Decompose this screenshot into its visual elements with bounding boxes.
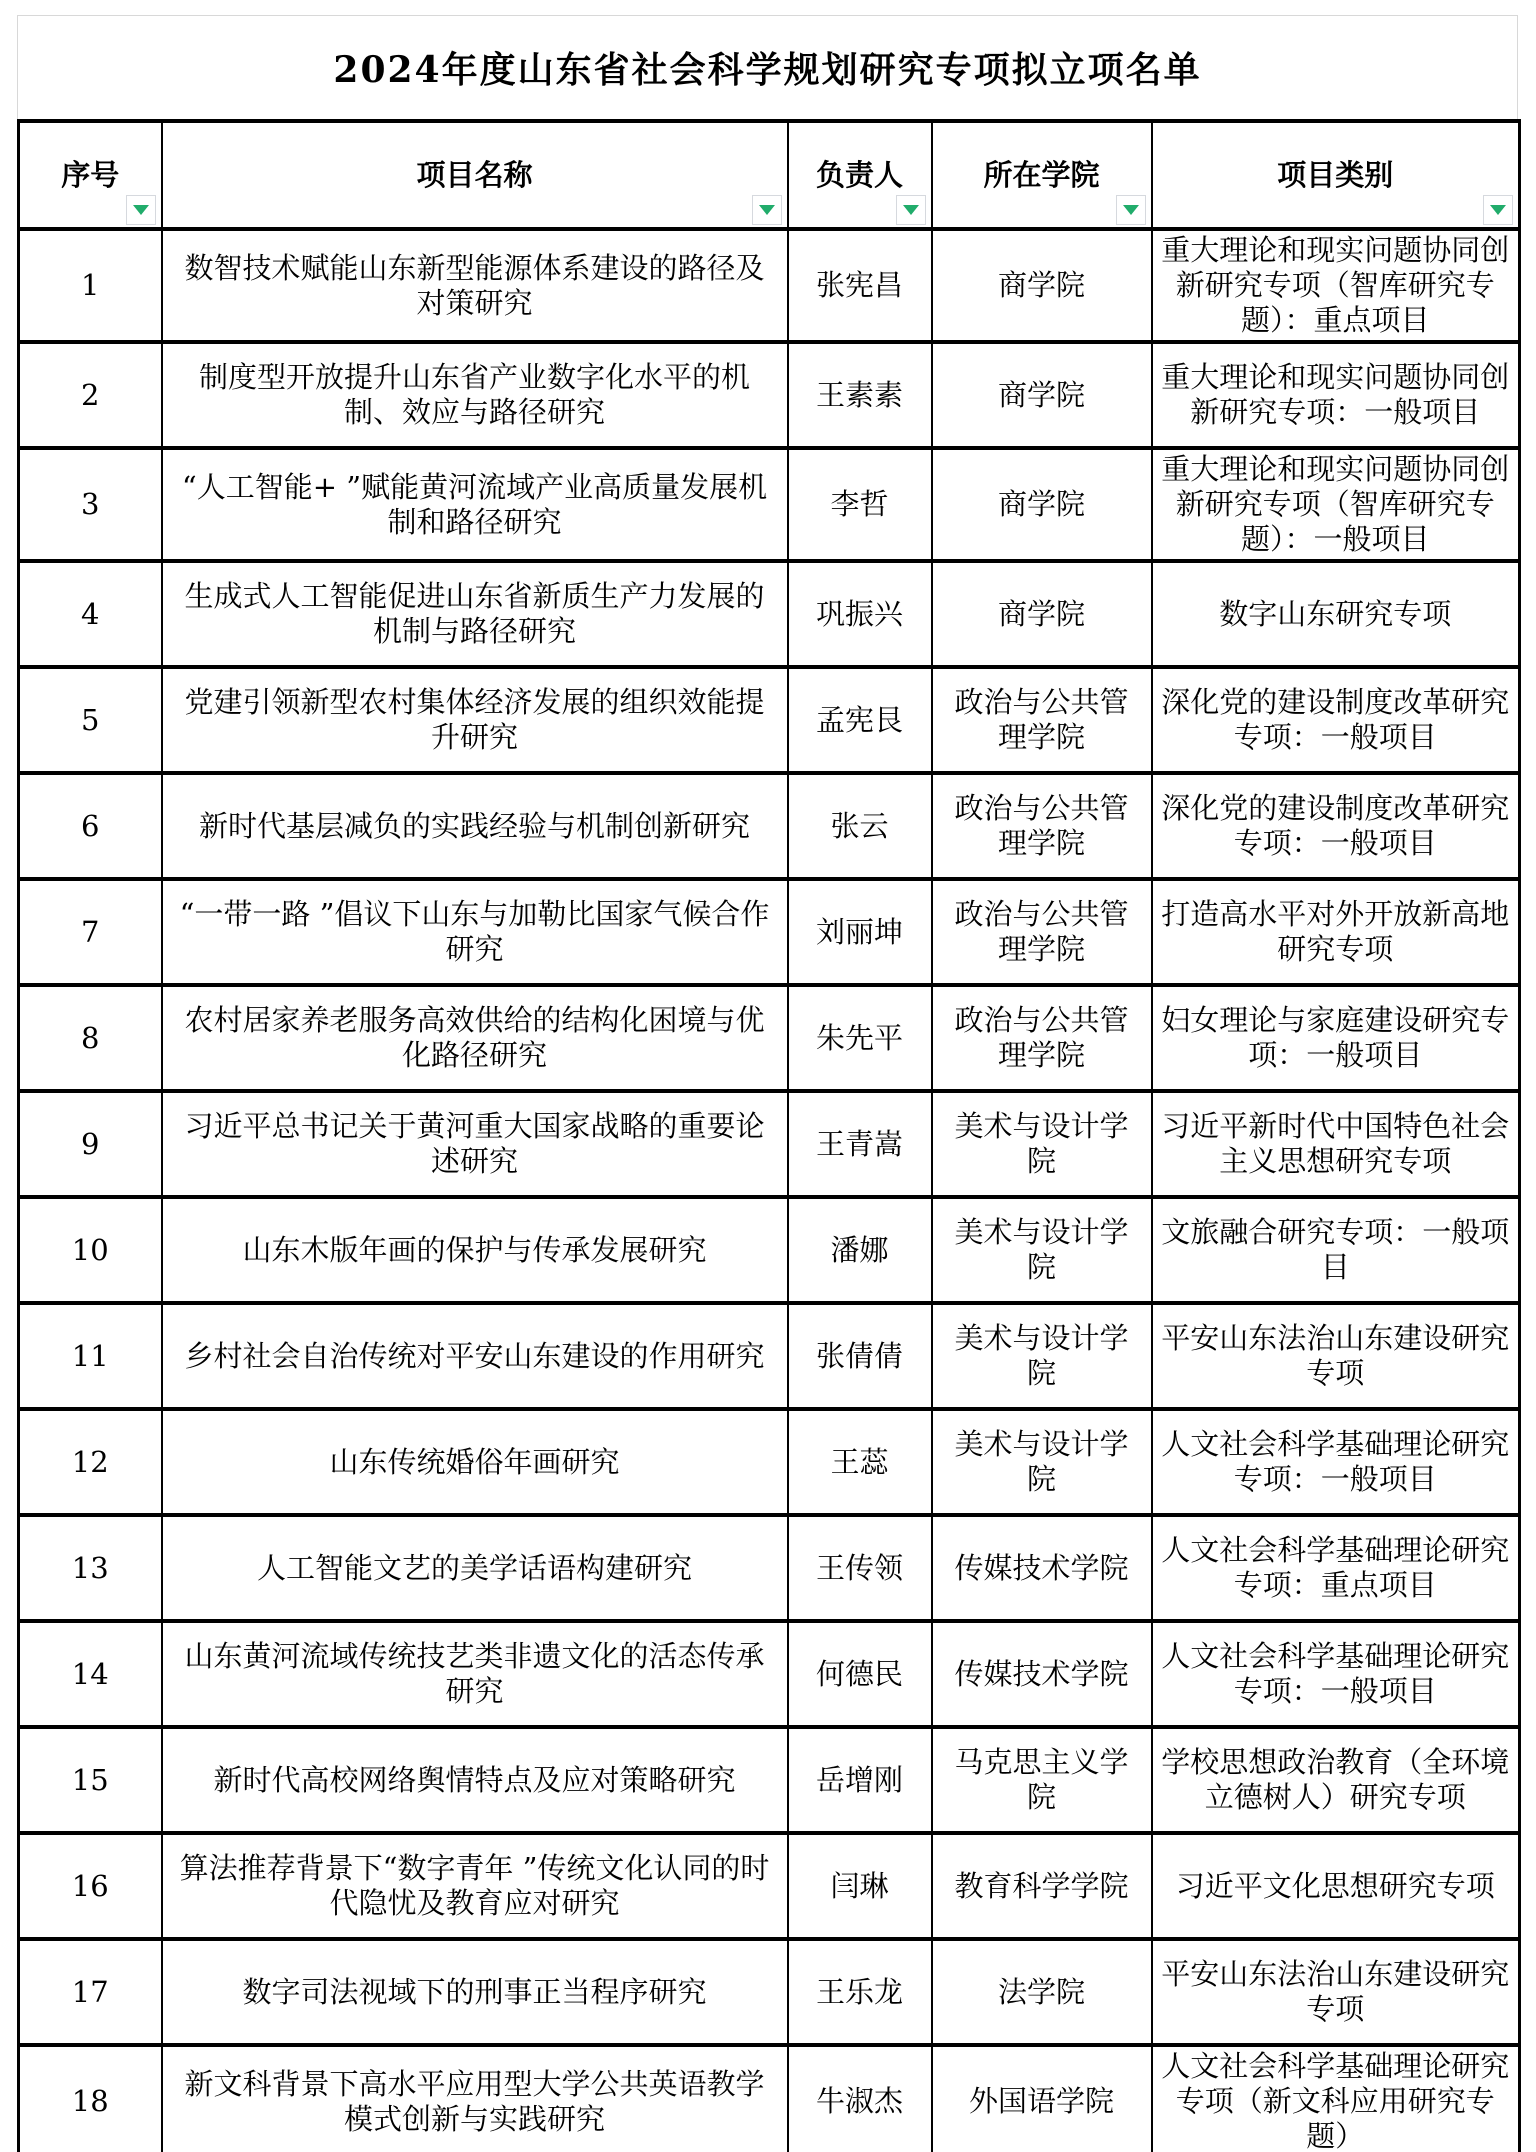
cell-college: 法学院 xyxy=(932,1939,1152,2045)
cell-serial-number: 6 xyxy=(19,773,162,879)
table-row: 9 习近平总书记关于黄河重大国家战略的重要论述研究 王青嵩 美术与设计学院 习近… xyxy=(19,1091,1520,1197)
filter-button-leader[interactable] xyxy=(896,195,926,225)
cell-project-name: 制度型开放提升山东省产业数字化水平的机制、效应与路径研究 xyxy=(162,342,788,448)
filter-button-category[interactable] xyxy=(1483,195,1513,225)
cell-leader: 张云 xyxy=(788,773,932,879)
cell-category: 深化党的建设制度改革研究专项：一般项目 xyxy=(1152,667,1520,773)
table-row: 16 算法推荐背景下“数字青年 ”传统文化认同的时代隐忧及教育应对研究 闫琳 教… xyxy=(19,1833,1520,1939)
spreadsheet-view: 2024年度山东省社会科学规划研究专项拟立项名单 序号 项目名称 xyxy=(0,0,1536,2152)
cell-serial-number: 12 xyxy=(19,1409,162,1515)
cell-serial-number: 10 xyxy=(19,1197,162,1303)
cell-college: 政治与公共管理学院 xyxy=(932,773,1152,879)
cell-college: 美术与设计学院 xyxy=(932,1303,1152,1409)
cell-college: 商学院 xyxy=(932,448,1152,561)
cell-project-name: 党建引领新型农村集体经济发展的组织效能提升研究 xyxy=(162,667,788,773)
cell-college: 传媒技术学院 xyxy=(932,1515,1152,1621)
cell-serial-number: 5 xyxy=(19,667,162,773)
cell-category: 妇女理论与家庭建设研究专项：一般项目 xyxy=(1152,985,1520,1091)
cell-project-name: “一带一路 ”倡议下山东与加勒比国家气候合作研究 xyxy=(162,879,788,985)
cell-college: 政治与公共管理学院 xyxy=(932,879,1152,985)
cell-project-name: 数字司法视域下的刑事正当程序研究 xyxy=(162,1939,788,2045)
cell-college: 商学院 xyxy=(932,561,1152,667)
table-row: 2 制度型开放提升山东省产业数字化水平的机制、效应与路径研究 王素素 商学院 重… xyxy=(19,342,1520,448)
cell-leader: 李哲 xyxy=(788,448,932,561)
cell-leader: 孟宪艮 xyxy=(788,667,932,773)
table-row: 4 生成式人工智能促进山东省新质生产力发展的机制与路径研究 巩振兴 商学院 数字… xyxy=(19,561,1520,667)
cell-category: 习近平新时代中国特色社会主义思想研究专项 xyxy=(1152,1091,1520,1197)
cell-project-name: 新文科背景下高水平应用型大学公共英语教学模式创新与实践研究 xyxy=(162,2045,788,2152)
column-header-label: 序号 xyxy=(61,158,119,192)
filter-dropdown-icon xyxy=(1490,205,1506,215)
column-header-category: 项目类别 xyxy=(1152,121,1520,229)
table-row: 15 新时代高校网络舆情特点及应对策略研究 岳增刚 马克思主义学院 学校思想政治… xyxy=(19,1727,1520,1833)
cell-category: 平安山东法治山东建设研究专项 xyxy=(1152,1303,1520,1409)
filter-dropdown-icon xyxy=(133,205,149,215)
cell-serial-number: 17 xyxy=(19,1939,162,2045)
filter-button-college[interactable] xyxy=(1116,195,1146,225)
cell-leader: 王传领 xyxy=(788,1515,932,1621)
cell-serial-number: 14 xyxy=(19,1621,162,1727)
cell-serial-number: 9 xyxy=(19,1091,162,1197)
cell-category: 打造高水平对外开放新高地研究专项 xyxy=(1152,879,1520,985)
cell-leader: 岳增刚 xyxy=(788,1727,932,1833)
table-row: 18 新文科背景下高水平应用型大学公共英语教学模式创新与实践研究 牛淑杰 外国语… xyxy=(19,2045,1520,2152)
table-row: 12 山东传统婚俗年画研究 王蕊 美术与设计学院 人文社会科学基础理论研究专项：… xyxy=(19,1409,1520,1515)
filter-dropdown-icon xyxy=(903,205,919,215)
cell-college: 政治与公共管理学院 xyxy=(932,985,1152,1091)
cell-project-name: 山东木版年画的保护与传承发展研究 xyxy=(162,1197,788,1303)
cell-category: 人文社会科学基础理论研究专项：重点项目 xyxy=(1152,1515,1520,1621)
table-row: 3 “人工智能+ ”赋能黄河流域产业高质量发展机制和路径研究 李哲 商学院 重大… xyxy=(19,448,1520,561)
column-header-label: 所在学院 xyxy=(983,158,1099,192)
column-header-college: 所在学院 xyxy=(932,121,1152,229)
projects-table: 序号 项目名称 负责人 xyxy=(17,119,1521,2152)
cell-serial-number: 3 xyxy=(19,448,162,561)
cell-leader: 张倩倩 xyxy=(788,1303,932,1409)
cell-category: 学校思想政治教育（全环境立德树人）研究专项 xyxy=(1152,1727,1520,1833)
cell-serial-number: 16 xyxy=(19,1833,162,1939)
cell-serial-number: 11 xyxy=(19,1303,162,1409)
cell-category: 人文社会科学基础理论研究专项：一般项目 xyxy=(1152,1409,1520,1515)
table-row: 11 乡村社会自治传统对平安山东建设的作用研究 张倩倩 美术与设计学院 平安山东… xyxy=(19,1303,1520,1409)
table-row: 14 山东黄河流域传统技艺类非遗文化的活态传承研究 何德民 传媒技术学院 人文社… xyxy=(19,1621,1520,1727)
table-row: 10 山东木版年画的保护与传承发展研究 潘娜 美术与设计学院 文旅融合研究专项：… xyxy=(19,1197,1520,1303)
table-row: 13 人工智能文艺的美学话语构建研究 王传领 传媒技术学院 人文社会科学基础理论… xyxy=(19,1515,1520,1621)
cell-college: 政治与公共管理学院 xyxy=(932,667,1152,773)
cell-leader: 牛淑杰 xyxy=(788,2045,932,2152)
column-header-leader: 负责人 xyxy=(788,121,932,229)
cell-leader: 王青嵩 xyxy=(788,1091,932,1197)
cell-leader: 巩振兴 xyxy=(788,561,932,667)
cell-category: 深化党的建设制度改革研究专项：一般项目 xyxy=(1152,773,1520,879)
column-header-label: 项目名称 xyxy=(416,158,532,192)
cell-leader: 潘娜 xyxy=(788,1197,932,1303)
table-row: 8 农村居家养老服务高效供给的结构化困境与优化路径研究 朱先平 政治与公共管理学… xyxy=(19,985,1520,1091)
cell-leader: 王素素 xyxy=(788,342,932,448)
table-row: 5 党建引领新型农村集体经济发展的组织效能提升研究 孟宪艮 政治与公共管理学院 … xyxy=(19,667,1520,773)
cell-category: 平安山东法治山东建设研究专项 xyxy=(1152,1939,1520,2045)
cell-leader: 何德民 xyxy=(788,1621,932,1727)
cell-project-name: “人工智能+ ”赋能黄河流域产业高质量发展机制和路径研究 xyxy=(162,448,788,561)
cell-category: 重大理论和现实问题协同创新研究专项（智库研究专题）：一般项目 xyxy=(1152,448,1520,561)
cell-category: 文旅融合研究专项：一般项目 xyxy=(1152,1197,1520,1303)
cell-serial-number: 2 xyxy=(19,342,162,448)
cell-leader: 张宪昌 xyxy=(788,229,932,342)
cell-project-name: 新时代基层减负的实践经验与机制创新研究 xyxy=(162,773,788,879)
cell-leader: 刘丽坤 xyxy=(788,879,932,985)
cell-category: 人文社会科学基础理论研究专项：一般项目 xyxy=(1152,1621,1520,1727)
cell-serial-number: 15 xyxy=(19,1727,162,1833)
cell-serial-number: 13 xyxy=(19,1515,162,1621)
cell-project-name: 山东传统婚俗年画研究 xyxy=(162,1409,788,1515)
table-row: 17 数字司法视域下的刑事正当程序研究 王乐龙 法学院 平安山东法治山东建设研究… xyxy=(19,1939,1520,2045)
filter-dropdown-icon xyxy=(759,205,775,215)
filter-button-serial[interactable] xyxy=(126,195,156,225)
cell-serial-number: 7 xyxy=(19,879,162,985)
table-body: 1 数智技术赋能山东新型能源体系建设的路径及对策研究 张宪昌 商学院 重大理论和… xyxy=(19,229,1520,2152)
column-header-project-name: 项目名称 xyxy=(162,121,788,229)
cell-serial-number: 1 xyxy=(19,229,162,342)
cell-project-name: 数智技术赋能山东新型能源体系建设的路径及对策研究 xyxy=(162,229,788,342)
cell-college: 外国语学院 xyxy=(932,2045,1152,2152)
cell-category: 人文社会科学基础理论研究专项（新文科应用研究专题） xyxy=(1152,2045,1520,2152)
cell-college: 商学院 xyxy=(932,342,1152,448)
cell-serial-number: 18 xyxy=(19,2045,162,2152)
cell-serial-number: 4 xyxy=(19,561,162,667)
sheet-area: 2024年度山东省社会科学规划研究专项拟立项名单 序号 项目名称 xyxy=(17,15,1518,2152)
filter-dropdown-icon xyxy=(1123,205,1139,215)
cell-category: 数字山东研究专项 xyxy=(1152,561,1520,667)
cell-leader: 闫琳 xyxy=(788,1833,932,1939)
cell-college: 美术与设计学院 xyxy=(932,1091,1152,1197)
cell-project-name: 新时代高校网络舆情特点及应对策略研究 xyxy=(162,1727,788,1833)
filter-button-project-name[interactable] xyxy=(752,195,782,225)
cell-college: 美术与设计学院 xyxy=(932,1197,1152,1303)
cell-project-name: 习近平总书记关于黄河重大国家战略的重要论述研究 xyxy=(162,1091,788,1197)
cell-serial-number: 8 xyxy=(19,985,162,1091)
cell-project-name: 乡村社会自治传统对平安山东建设的作用研究 xyxy=(162,1303,788,1409)
table-row: 1 数智技术赋能山东新型能源体系建设的路径及对策研究 张宪昌 商学院 重大理论和… xyxy=(19,229,1520,342)
cell-project-name: 生成式人工智能促进山东省新质生产力发展的机制与路径研究 xyxy=(162,561,788,667)
table-row: 6 新时代基层减负的实践经验与机制创新研究 张云 政治与公共管理学院 深化党的建… xyxy=(19,773,1520,879)
cell-project-name: 算法推荐背景下“数字青年 ”传统文化认同的时代隐忧及教育应对研究 xyxy=(162,1833,788,1939)
table-row: 7 “一带一路 ”倡议下山东与加勒比国家气候合作研究 刘丽坤 政治与公共管理学院… xyxy=(19,879,1520,985)
cell-college: 马克思主义学院 xyxy=(932,1727,1152,1833)
cell-college: 美术与设计学院 xyxy=(932,1409,1152,1515)
cell-college: 商学院 xyxy=(932,229,1152,342)
cell-leader: 王乐龙 xyxy=(788,1939,932,2045)
table-header-row: 序号 项目名称 负责人 xyxy=(19,121,1520,229)
cell-project-name: 山东黄河流域传统技艺类非遗文化的活态传承研究 xyxy=(162,1621,788,1727)
cell-project-name: 农村居家养老服务高效供给的结构化困境与优化路径研究 xyxy=(162,985,788,1091)
cell-category: 重大理论和现实问题协同创新研究专项：一般项目 xyxy=(1152,342,1520,448)
column-header-serial: 序号 xyxy=(19,121,162,229)
cell-category: 习近平文化思想研究专项 xyxy=(1152,1833,1520,1939)
cell-project-name: 人工智能文艺的美学话语构建研究 xyxy=(162,1515,788,1621)
cell-college: 教育科学学院 xyxy=(932,1833,1152,1939)
cell-leader: 朱先平 xyxy=(788,985,932,1091)
sheet-title: 2024年度山东省社会科学规划研究专项拟立项名单 xyxy=(17,15,1518,119)
cell-leader: 王蕊 xyxy=(788,1409,932,1515)
cell-college: 传媒技术学院 xyxy=(932,1621,1152,1727)
column-header-label: 负责人 xyxy=(816,158,903,192)
column-header-label: 项目类别 xyxy=(1277,158,1393,192)
cell-category: 重大理论和现实问题协同创新研究专项（智库研究专题）：重点项目 xyxy=(1152,229,1520,342)
